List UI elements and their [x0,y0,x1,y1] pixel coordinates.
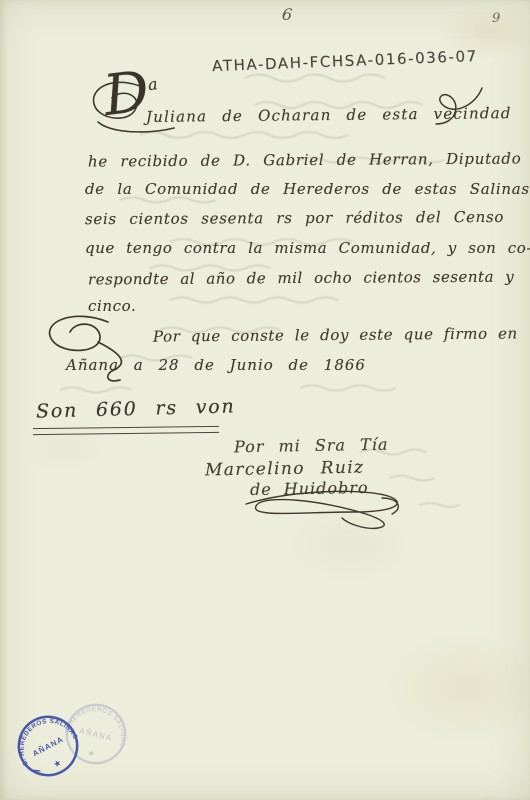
svg-text:AÑANA: AÑANA [31,734,65,758]
svg-text:★: ★ [52,757,63,769]
page-number-right: 9 [492,11,500,26]
closing-line-1: Por que conste le doy este que firmo en [153,324,518,345]
line1-end-flourish [430,84,490,130]
signature-name: Marcelino Ruiz [205,458,365,481]
body-line-6: respondte al año de mil ocho cientos ses… [88,268,514,289]
body-line-5: que tengo contra la misma Comunidad, y s… [85,239,530,257]
signature-rubric-flourish [232,488,412,538]
page-number-center: 6 [281,5,293,25]
body-line-2: he recibido de D. Gabriel de Herran, Dip… [88,149,522,170]
body-line-4: seis cientos sesenta rs por réditos del … [85,208,504,228]
signature-intro: Por mi Sra Tía [234,435,389,457]
manuscript-page: 6 9 ATHA-DAH-FCHSA-016-036-07 Da Juliana… [0,0,530,800]
closing-line-2: Añana a 28 de Junio de 1866 [66,356,366,374]
body-line-3: de la Comunidad de Herederos de estas Sa… [85,180,530,198]
